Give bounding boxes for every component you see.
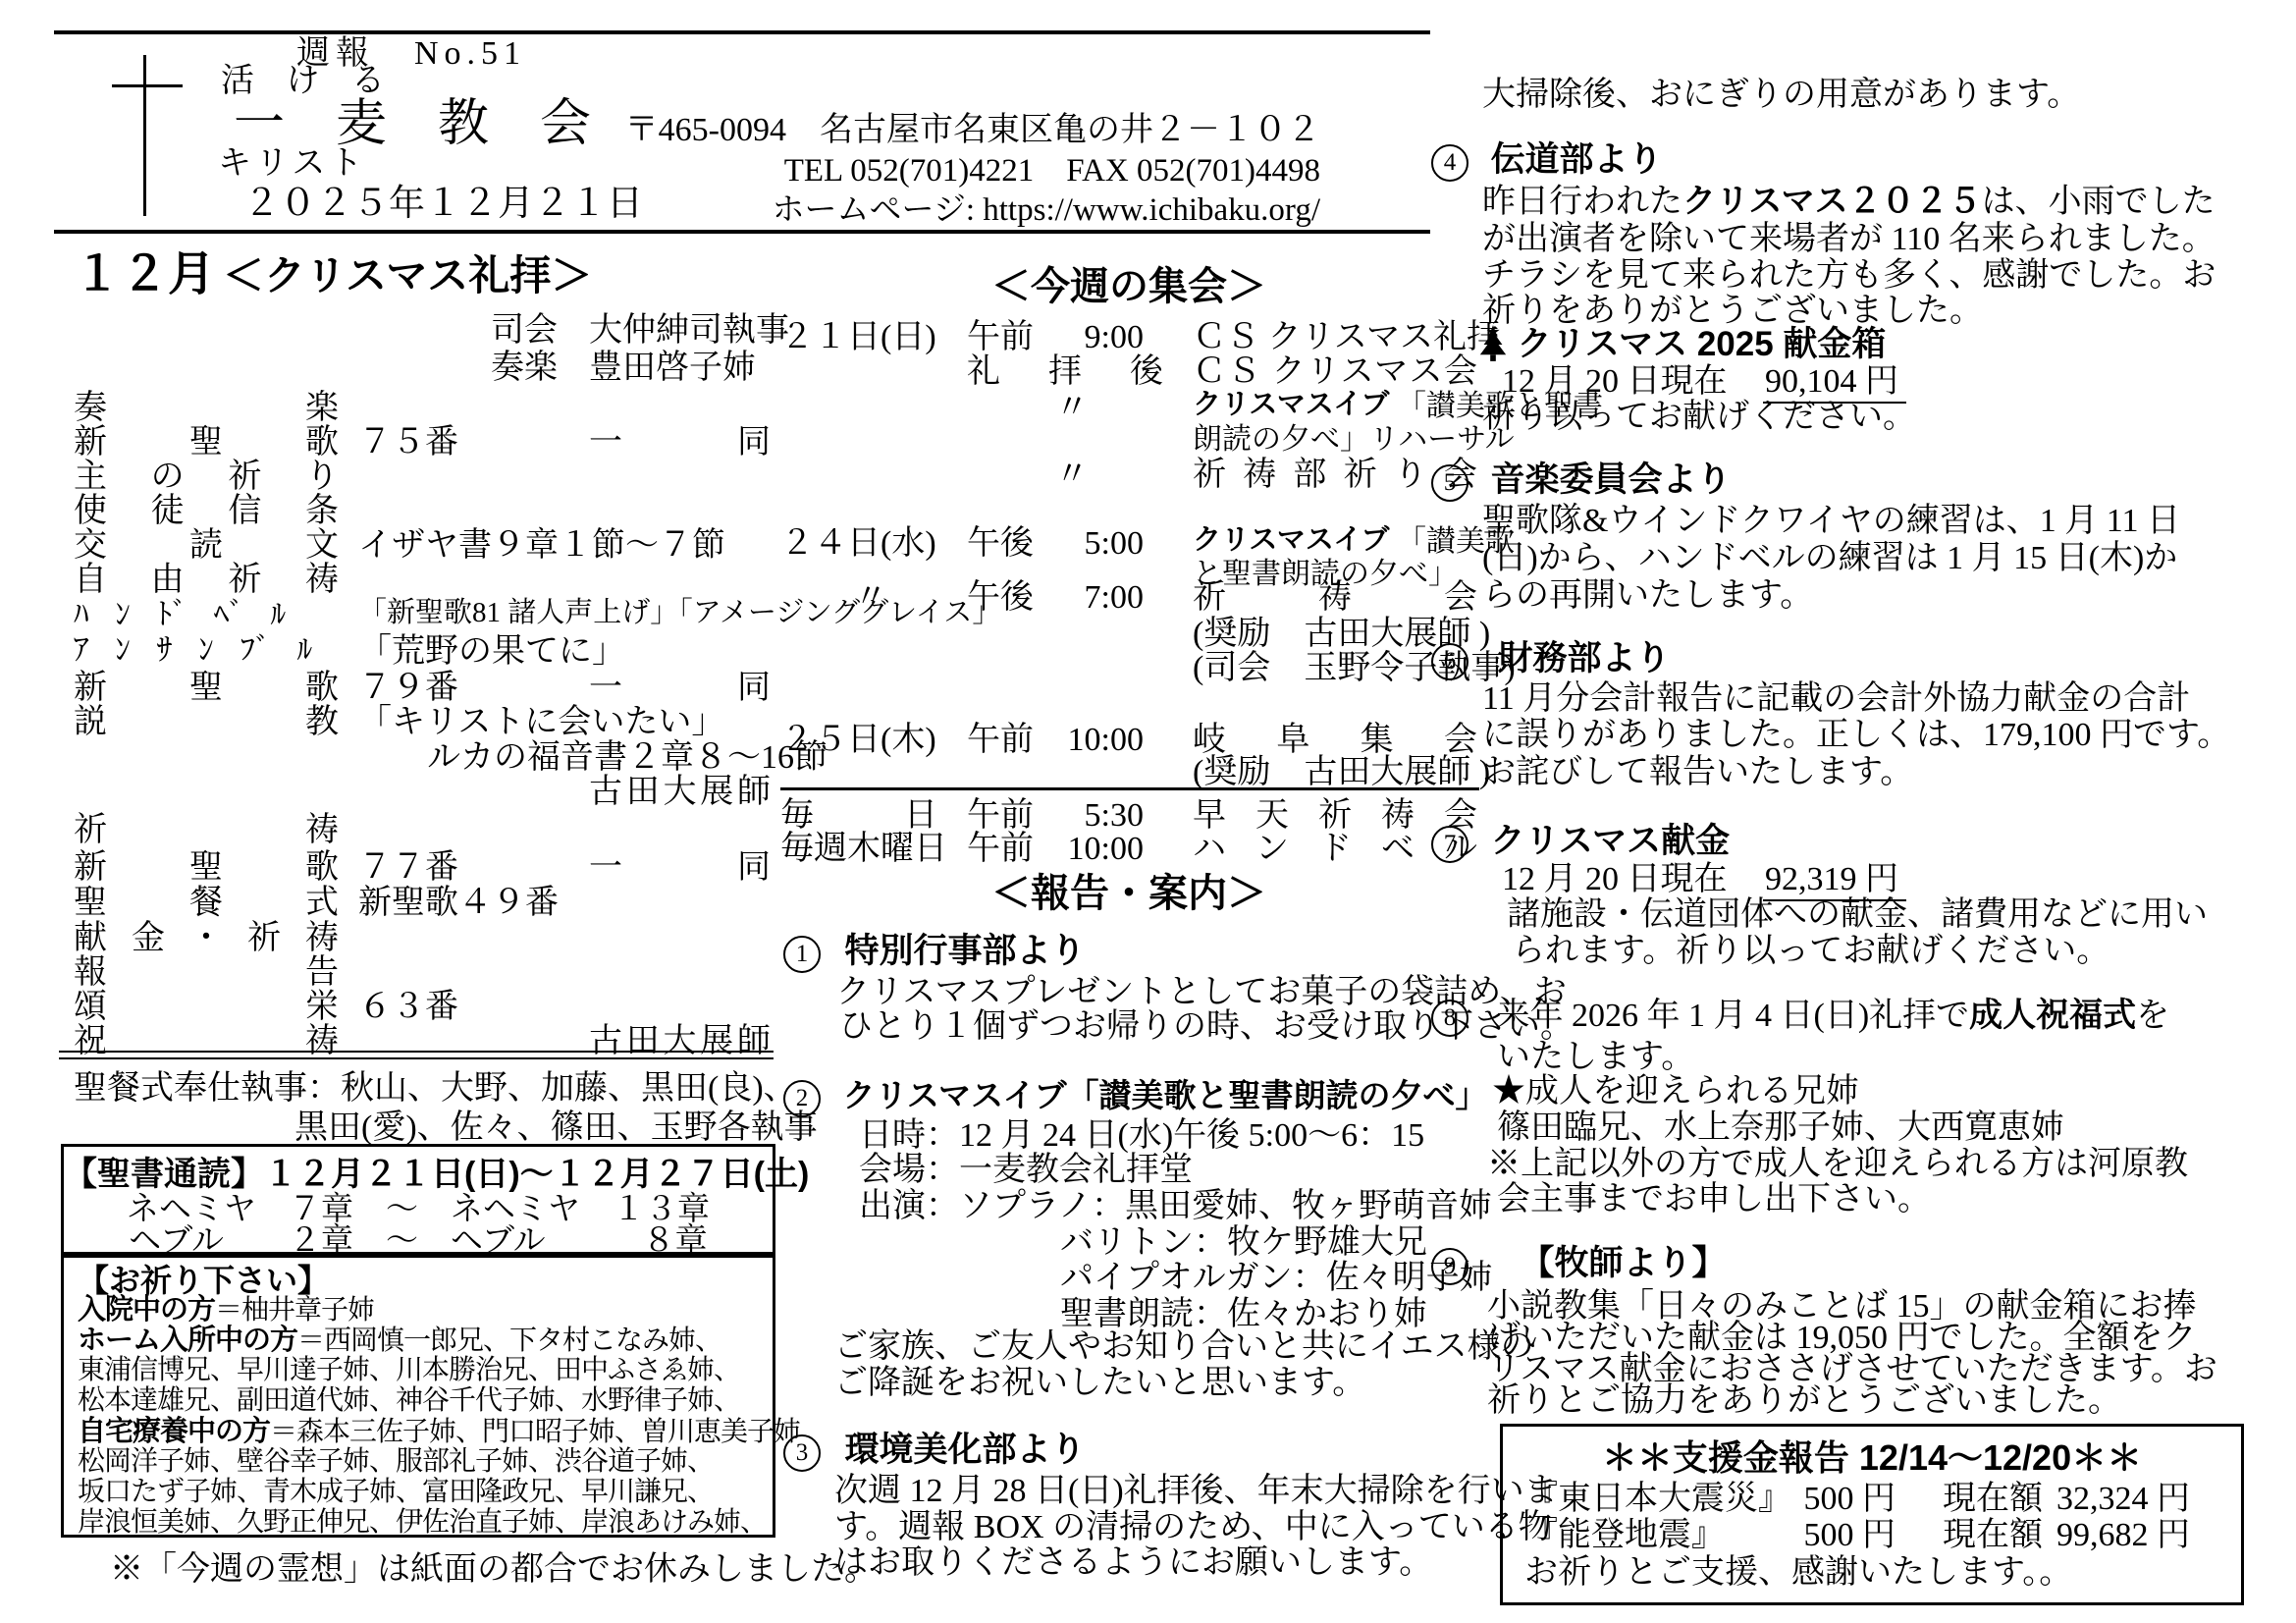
notice-5-line: 聖歌隊&ウインドクワイヤの練習は、1 月 11 日	[1482, 503, 2180, 539]
mc-name: 大仲紳司執事	[589, 312, 789, 349]
worship-title: ＜クリスマス礼拝＞	[223, 252, 592, 298]
notice-6-line: に誤りがありました。正しくは、179,100 円です。	[1482, 717, 2230, 753]
program-label: 報告	[74, 954, 339, 991]
notice-3-continuation: 大掃除後、おにぎりの用意があります。	[1482, 77, 2080, 113]
notice-title: クリスマスイブ「讃美歌と聖書朗読の夕べ」	[843, 1077, 1488, 1113]
circled-number-icon: 4	[1431, 144, 1468, 182]
notice-5-line: らの再開いたします。	[1482, 577, 1813, 614]
donation-amount: 90,104 円	[1763, 363, 1906, 404]
program-label: 新聖歌	[74, 424, 339, 460]
notice-2-line: 会場：一麦教会礼拝堂	[859, 1152, 1193, 1188]
ditto-mark: 〃	[1055, 390, 1089, 426]
text-run: 来年 2026 年 1 月 4 日(日)礼拝で	[1497, 998, 1970, 1034]
program-row: 使徒信条	[74, 493, 771, 529]
bible-reading-line: ヘブル ２章 ～ ヘブル ８章	[64, 1223, 773, 1259]
prayer-line: 岸浪恒美姉、久野正伸兄、伊佐治直子姉、岸浪あけみ姉、	[78, 1508, 767, 1539]
notice-2-line: パイプオルガン：佐々明子姉	[1060, 1260, 1493, 1296]
meeting-time: 7:00	[1026, 579, 1144, 616]
church-name: 一 麦 教 会	[234, 96, 591, 152]
notice-8-line: 会主事までお申し出下さい。	[1497, 1181, 1931, 1217]
meeting-event: 祈祷会	[1193, 579, 1477, 616]
notice-title: クリスマス献金	[1491, 822, 1731, 860]
notice-4-line: 祈り以ってお献げください。	[1482, 399, 1916, 435]
notice-2-line: バリトン：牧ケ野雄大兄	[1060, 1224, 1427, 1261]
notice-6-line: 11 月分会計報告に記載の会計外協力献金の合計	[1482, 680, 2190, 717]
worship-month: １２月	[74, 248, 215, 300]
benediction-speaker: 古田大展師	[589, 1023, 771, 1059]
donation-status-line: 12 月 20 日現在 90,104 円	[1502, 363, 1906, 400]
ditto-mark: 〃	[854, 579, 887, 616]
meeting-period: 午後	[967, 525, 1034, 562]
program-value: 新聖歌４９番	[358, 885, 559, 921]
fund-total-value: 99,682 円	[2051, 1517, 2190, 1553]
donation-amount: 92,319 円	[1763, 861, 1906, 901]
notice-title: 特別行事部より	[845, 932, 1086, 970]
mc-row: 司会 大仲紳司執事	[491, 312, 558, 349]
top-rule	[54, 30, 1430, 34]
program-row: 奏楽	[74, 390, 771, 426]
meetings-title: ＜今週の集会＞	[780, 265, 1477, 308]
program-row: 献金・祈祷	[74, 920, 771, 956]
program-label: 主の祈り	[74, 459, 339, 495]
notice-title: 音楽委員会より	[1491, 460, 1732, 499]
notice-3-line: はお取りくださるようにお願いします。	[834, 1544, 1432, 1581]
support-footer: お祈りとご支援、感謝いたします。。	[1524, 1554, 2072, 1591]
program-row: 祈祷	[74, 812, 771, 848]
program-label: 献金・祈祷	[74, 920, 339, 956]
fund-name: 『東日本大震災』	[1524, 1481, 1791, 1517]
bible-reading-line: ネヘミヤ ７章 ～ ネヘミヤ １３章	[64, 1192, 773, 1227]
program-label: 奏楽	[74, 390, 339, 426]
notice-5-line: (日)から、ハンドベルの練習は 1 月 15 日(木)か	[1482, 540, 2177, 576]
prayer-title: 【お祈り下さい】	[78, 1264, 329, 1298]
notice-4-line: が出演者を除いて来場者が 110 名来られました。	[1482, 221, 2216, 257]
program-value: ７５番	[358, 424, 458, 460]
ditto-mark: 〃	[1055, 457, 1089, 493]
organist-row: 奏楽 豊田啓子姉	[491, 350, 558, 386]
notice-9-line: 祈りとご協力をありがとうございました。	[1487, 1382, 2121, 1419]
footnote: ※「今週の霊想」は紙面の都合でお休みしました。	[110, 1551, 878, 1588]
notice-7-line: 諸施設・伝道団体への献金、諸費用などに用い	[1507, 896, 2208, 933]
text-run: 昨日行われた	[1482, 184, 1682, 220]
notice-8-line: いたします。	[1497, 1039, 1694, 1075]
header-bottom-rule	[54, 230, 1430, 234]
circled-number-icon: 3	[783, 1434, 821, 1472]
notice-2-line: 聖書朗読：佐々かおり姉	[1060, 1296, 1427, 1332]
meeting-period: 午前	[967, 319, 1034, 355]
notice-4-heading: 4 伝道部より	[1431, 141, 1663, 182]
notice-8-line: ※上記以外の方で成人を迎えられる方は河原教	[1487, 1146, 2188, 1182]
program-row: 報告	[74, 954, 771, 991]
program-label: 頌栄	[74, 989, 339, 1025]
prayer-names: ＝西岡慎一郎兄、下タ村こなみ姉、	[297, 1325, 721, 1356]
program-row: 祝祷古田大展師	[74, 1023, 771, 1059]
meeting-date: 毎日	[780, 797, 937, 834]
notice-2-line: 出演：ソプラノ：黒田愛姉、牧ヶ野萌音姉	[859, 1188, 1492, 1224]
notice-title: 【牧師より】	[1521, 1244, 1727, 1282]
program-label: 祈祷	[74, 812, 339, 848]
program-row: 新聖歌７７番一同	[74, 849, 771, 886]
reports-title: ＜報告・案内＞	[780, 872, 1477, 915]
program-row: 説教「キリストに会いたい」	[74, 704, 771, 740]
meeting-time: 10:00	[1026, 831, 1144, 867]
prayer-category: ホーム入所中の方	[78, 1325, 297, 1356]
issue-date: ２０２５年１２月２１日	[243, 185, 643, 225]
fund-total-value: 32,324 円	[2051, 1481, 2190, 1517]
notice-8-line: ★成人を迎えられる兄姉	[1492, 1073, 1859, 1109]
church-website: ホームページ: https://www.ichibaku.org/	[589, 192, 1320, 228]
notice-7-heading: 7 クリスマス献金	[1431, 823, 1730, 863]
donation-box-title: クリスマス 2025 献金箱	[1518, 325, 1887, 363]
program-label: 新聖歌	[74, 670, 339, 706]
meeting-time: 礼拝後	[967, 353, 1163, 390]
as-of-date: 12 月 20 日現在	[1502, 363, 1728, 400]
notice-4-line: 昨日行われたクリスマス２０２５は、小雨でした	[1482, 184, 2216, 220]
prayer-line: 東浦信博兄、早川達子姉、川本勝治兄、田中ふさゑ姉、	[78, 1356, 740, 1386]
circled-number-icon: 2	[783, 1080, 821, 1117]
meeting-event-bold: クリスマスイブ	[1193, 390, 1389, 421]
circled-number-icon: 8	[1431, 1000, 1468, 1037]
circled-number-icon: 5	[1431, 464, 1468, 502]
notice-8-line: 篠田臨兄、水上奈那子姉、大西寛恵姉	[1497, 1109, 2064, 1146]
bulletin-page: { "colors":{"paper":"#ffffff","ink":"#00…	[0, 0, 2296, 1623]
program-value: イザヤ書９章１節～７節	[358, 527, 725, 564]
program-value: ７７番	[358, 849, 458, 886]
organist-name: 豊田啓子姉	[589, 350, 756, 386]
issue-number: 週報 No.51	[296, 35, 526, 72]
donation-box-heading: クリスマス 2025 献金箱	[1477, 324, 1886, 364]
prayer-line: 松岡洋子姉、壁谷幸子姉、服部礼子姉、渋谷道子姉、	[78, 1447, 714, 1478]
meeting-date: ２４日(水)	[780, 525, 936, 562]
bible-reading-title: 【聖書通読】１２月２１日(日)～１２月２７日(土)	[64, 1157, 773, 1193]
meeting-period: 午前	[967, 722, 1034, 758]
program-right: 一同	[589, 670, 771, 706]
church-tel-fax: TEL 052(701)4221 FAX 052(701)4498	[589, 153, 1320, 189]
meeting-date: 毎週木曜日	[780, 831, 947, 867]
cross-icon-bar	[112, 84, 183, 87]
meeting-date: ２５日(木)	[780, 722, 936, 758]
program-label: 説教	[74, 704, 339, 740]
program-value: 「荒野の果てに」	[358, 633, 625, 670]
circled-number-icon: 9	[1431, 1248, 1468, 1285]
worship-heading: １２月＜クリスマス礼拝＞	[74, 249, 592, 301]
text-run-bold: クリスマス２０２５	[1682, 183, 1982, 220]
double-rule-bottom	[59, 1057, 774, 1059]
program-value: ７９番	[358, 670, 458, 706]
program-value: 「キリストに会いたい」	[358, 704, 724, 740]
notice-title: 伝道部より	[1491, 140, 1663, 179]
program-row: 主の祈り	[74, 459, 771, 495]
notice-2-heading: 2 クリスマスイブ「讃美歌と聖書朗読の夕べ」	[783, 1078, 1488, 1117]
meeting-time: 5:00	[1026, 525, 1144, 562]
support-title: ＊＊支援金報告 12/14～12/20＊＊	[1503, 1438, 2241, 1478]
meeting-period: 午前	[967, 797, 1034, 834]
prayer-line: 松本達雄兄、副田道代姉、神谷千代子姉、水野律子姉、	[78, 1386, 740, 1417]
program-label: 新聖歌	[74, 849, 339, 886]
meetings-divider	[780, 787, 1479, 790]
circled-number-icon: 6	[1431, 643, 1468, 680]
meeting-period: 午前	[967, 831, 1034, 867]
circled-number-icon: 1	[783, 936, 821, 973]
prayer-names: ＝柚井章子姉	[215, 1295, 374, 1325]
fund-total-label: 現在額	[1943, 1481, 2043, 1517]
prayer-category: 入院中の方	[78, 1294, 215, 1325]
program-label: 交読文	[74, 527, 339, 564]
notice-8-heading: 8 来年 2026 年 1 月 4 日(日)礼拝で成人祝福式を	[1431, 998, 2169, 1037]
prayer-line: 入院中の方＝柚井章子姉	[78, 1295, 374, 1326]
prayer-list-box: 【お祈り下さい】 入院中の方＝柚井章子姉 ホーム入所中の方＝西岡慎一郎兄、下タ村…	[61, 1255, 775, 1538]
notice-6-heading: 6 財務部より	[1431, 640, 1671, 680]
program-row: 自由祈祷	[74, 562, 771, 598]
meeting-event: 朗読の夕べ」リハーサル	[1193, 423, 1515, 456]
meeting-event: ＣＳ クリスマス会	[1193, 353, 1477, 390]
text-run: は、小雨でした	[1982, 184, 2216, 220]
program-label: 聖餐式	[74, 885, 339, 921]
prayer-names: ＝森本三佐子姉、門口昭子姉、曽川恵美子姉	[270, 1417, 800, 1447]
communion-servers-line2: 黒田(愛)、佐々、篠田、玉野各執事	[294, 1109, 818, 1146]
mc-label: 司会	[491, 312, 558, 349]
notice-3-line: 次週 12 月 28 日(日)礼拝後、年末大掃除を行いま	[834, 1473, 1558, 1509]
program-row: 新聖歌７５番一同	[74, 424, 771, 460]
meeting-time: 5:30	[1026, 797, 1144, 834]
program-row: 新聖歌７９番一同	[74, 670, 771, 706]
notice-4-line: チラシを見て来られた方も多く、感謝でした。お	[1482, 257, 2216, 294]
program-label: 使徒信条	[74, 493, 339, 529]
prayer-line: 自宅療養中の方＝森本三佐子姉、門口昭子姉、曽川恵美子姉	[78, 1417, 800, 1448]
prayer-line: ホーム入所中の方＝西岡慎一郎兄、下タ村こなみ姉、	[78, 1325, 721, 1357]
program-right: 一同	[589, 424, 771, 460]
meeting-event: 岐阜集会	[1193, 722, 1477, 758]
support-fund-box: ＊＊支援金報告 12/14～12/20＊＊ 『東日本大震災』 500 円 現在額…	[1500, 1424, 2244, 1605]
meeting-period: 午後	[967, 579, 1034, 616]
meeting-time: 10:00	[1026, 722, 1144, 758]
program-value: 「新聖歌81 諸人声上げ」「アメージンググレイス」	[358, 598, 1000, 629]
donation-status-line: 12 月 20 日現在 92,319 円	[1502, 861, 1906, 897]
sermon-scripture: ルカの福音書２章８～16節	[427, 739, 771, 776]
fund-total-label: 現在額	[1943, 1517, 2043, 1553]
communion-servers-line1: 聖餐式奉仕執事：秋山、大野、加藤、黒田(良)、	[74, 1070, 797, 1107]
program-label: ﾊﾝﾄﾞﾍﾞﾙ	[74, 598, 339, 631]
circled-number-icon: 7	[1431, 826, 1468, 863]
meeting-time: 9:00	[1026, 319, 1144, 355]
text-run-bold: 成人祝福式	[1969, 997, 2136, 1034]
prayer-category: 自宅療養中の方	[78, 1416, 270, 1447]
notice-9-heading: 9 【牧師より】	[1431, 1245, 1727, 1285]
meeting-sub: (奨励 古田大展師 )	[1193, 754, 1490, 790]
notice-title: 環境美化部より	[845, 1431, 1086, 1469]
program-row: ﾊﾝﾄﾞﾍﾞﾙ「新聖歌81 諸人声上げ」「アメージンググレイス」	[74, 598, 771, 634]
fund-week-amount: 500 円	[1788, 1517, 1896, 1553]
notice-title: 財務部より	[1499, 639, 1671, 677]
notice-5-heading: 5 音楽委員会より	[1431, 461, 1732, 502]
meeting-date: ２１日(日)	[780, 319, 936, 355]
as-of-date: 12 月 20 日現在	[1502, 861, 1728, 897]
meeting-event-bold: クリスマスイブ	[1193, 525, 1389, 557]
double-rule-top	[59, 1051, 774, 1053]
notice-6-line: お詫びして報告いたします。	[1482, 754, 1913, 790]
meeting-event: ＣＳ クリスマス礼拝	[1193, 319, 1477, 355]
program-row: ｱﾝｻﾝﾌﾞﾙ「荒野の果てに」	[74, 633, 771, 670]
church-address: 〒465-0094 名古屋市名東区亀の井２－１０２	[589, 112, 1320, 148]
text-run: を	[2136, 998, 2169, 1034]
program-right: 一同	[589, 849, 771, 886]
fund-week-amount: 500 円	[1788, 1481, 1896, 1517]
program-row: 聖餐式新聖歌４９番	[74, 885, 771, 921]
notice-2-line: ご降誕をお祝いしたいと思います。	[834, 1365, 1365, 1401]
notice-2-line: ご家族、ご友人やお知り合いと共にイエス様の	[834, 1328, 1534, 1365]
notice-3-heading: 3 環境美化部より	[783, 1432, 1086, 1472]
program-value: ６３番	[358, 989, 458, 1025]
prayer-line: 坂口たず子姉、青木成子姉、富田隆政兄、早川謙兄、	[78, 1478, 714, 1508]
fund-name: 『能登地震』	[1524, 1517, 1725, 1553]
program-label: ｱﾝｻﾝﾌﾞﾙ	[74, 633, 339, 667]
program-label: 自由祈祷	[74, 562, 339, 598]
notice-2-line: 日時：12 月 24 日(水)午後 5:00～6：15	[859, 1117, 1424, 1154]
notice-3-line: す。週報 BOX の清掃のため、中に入っている物	[834, 1509, 1552, 1545]
bible-reading-box: 【聖書通読】１２月２１日(日)～１２月２７日(土) ネヘミヤ ７章 ～ ネヘミヤ…	[61, 1144, 775, 1255]
notice-7-line: られます。祈り以ってお献げください。	[1512, 933, 2109, 969]
program-row: 交読文イザヤ書９章１節～７節	[74, 527, 771, 564]
organist-label: 奏楽	[491, 350, 558, 386]
notice-1-heading: 1 特別行事部より	[783, 933, 1086, 973]
sermon-speaker: 古田大展師	[589, 774, 771, 810]
christmas-tree-icon	[1477, 324, 1509, 363]
program-row: 頌栄６３番	[74, 989, 771, 1025]
program-label: 祝祷	[74, 1023, 339, 1059]
cross-icon	[143, 55, 146, 216]
